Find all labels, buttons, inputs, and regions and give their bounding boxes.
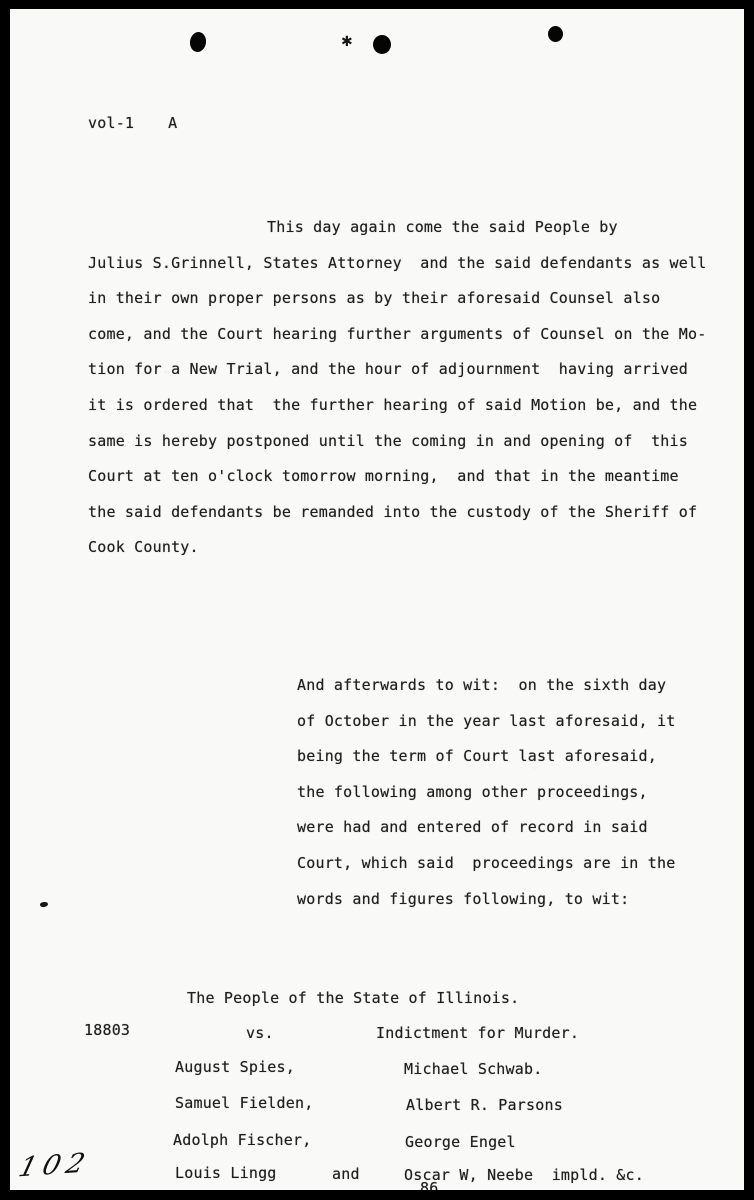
text-line: same is hereby postponed until the comin… <box>88 424 753 460</box>
defendant-name: Oscar W, Neebe impld. &c. <box>404 1165 644 1185</box>
text-line: the said defendants be remanded into the… <box>88 495 753 531</box>
text-line: in their own proper persons as by their … <box>88 281 753 317</box>
volume-label: vol-1 A <box>88 112 177 134</box>
scan-border-left <box>0 0 10 1200</box>
case-plaintiff: The People of the State of Illinois. <box>187 988 519 1008</box>
text-line: Julius S.Grinnell, States Attorney and t… <box>88 246 753 282</box>
text-line: This day again come the said People by <box>88 210 753 246</box>
text-line: words and figures following, to wit: <box>297 882 717 918</box>
text-line: Cook County. <box>88 530 753 566</box>
defendant-name: Michael Schwab. <box>404 1059 542 1079</box>
conjunction-label: and <box>332 1164 360 1184</box>
versus-label: vs. <box>246 1023 274 1043</box>
defendant-name: Samuel Fielden, <box>175 1093 313 1113</box>
ink-dot-icon <box>373 35 391 54</box>
text-line: come, and the Court hearing further argu… <box>88 317 753 353</box>
defendant-name: August Spies, <box>175 1057 295 1077</box>
text-line: tion for a New Trial, and the hour of ad… <box>88 352 753 388</box>
charge-label: Indictment for Murder. <box>376 1023 579 1043</box>
afterwards-paragraph: And afterwards to wit: on the sixth day … <box>297 668 717 917</box>
volume-number: vol-1 <box>88 112 134 134</box>
scan-border-top <box>0 0 754 9</box>
text-line: the following among other proceedings, <box>297 775 717 811</box>
scanned-court-document-page: ✱ vol-1 A This day again come the said P… <box>0 0 754 1200</box>
scan-border-right <box>744 0 754 1200</box>
case-number: 18803 <box>84 1020 130 1040</box>
ink-dot-icon <box>189 31 208 53</box>
text-line: Court at ten o'clock tomorrow morning, a… <box>88 459 753 495</box>
defendant-name: Adolph Fischer, <box>173 1130 311 1150</box>
defendant-name: George Engel <box>405 1132 516 1152</box>
text-line: And afterwards to wit: on the sixth day <box>297 668 717 704</box>
text-line: it is ordered that the further hearing o… <box>88 388 753 424</box>
court-order-paragraph: This day again come the said People by J… <box>88 210 753 566</box>
defendant-name: Albert R. Parsons <box>406 1095 563 1115</box>
text-line: were had and entered of record in said <box>297 810 717 846</box>
scan-border-bottom <box>0 1190 754 1200</box>
ink-splatter-icon: ✱ <box>341 34 353 50</box>
text-line: being the term of Court last aforesaid, <box>297 739 717 775</box>
ink-dot-icon <box>548 26 563 42</box>
handwritten-page-number: 102 <box>15 1148 94 1184</box>
defendant-name: Louis Lingg <box>175 1163 277 1183</box>
text-line: Court, which said proceedings are in the <box>297 846 717 882</box>
volume-section-letter: A <box>168 112 177 134</box>
text-line: of October in the year last aforesaid, i… <box>297 704 717 740</box>
ink-speck <box>40 901 49 907</box>
